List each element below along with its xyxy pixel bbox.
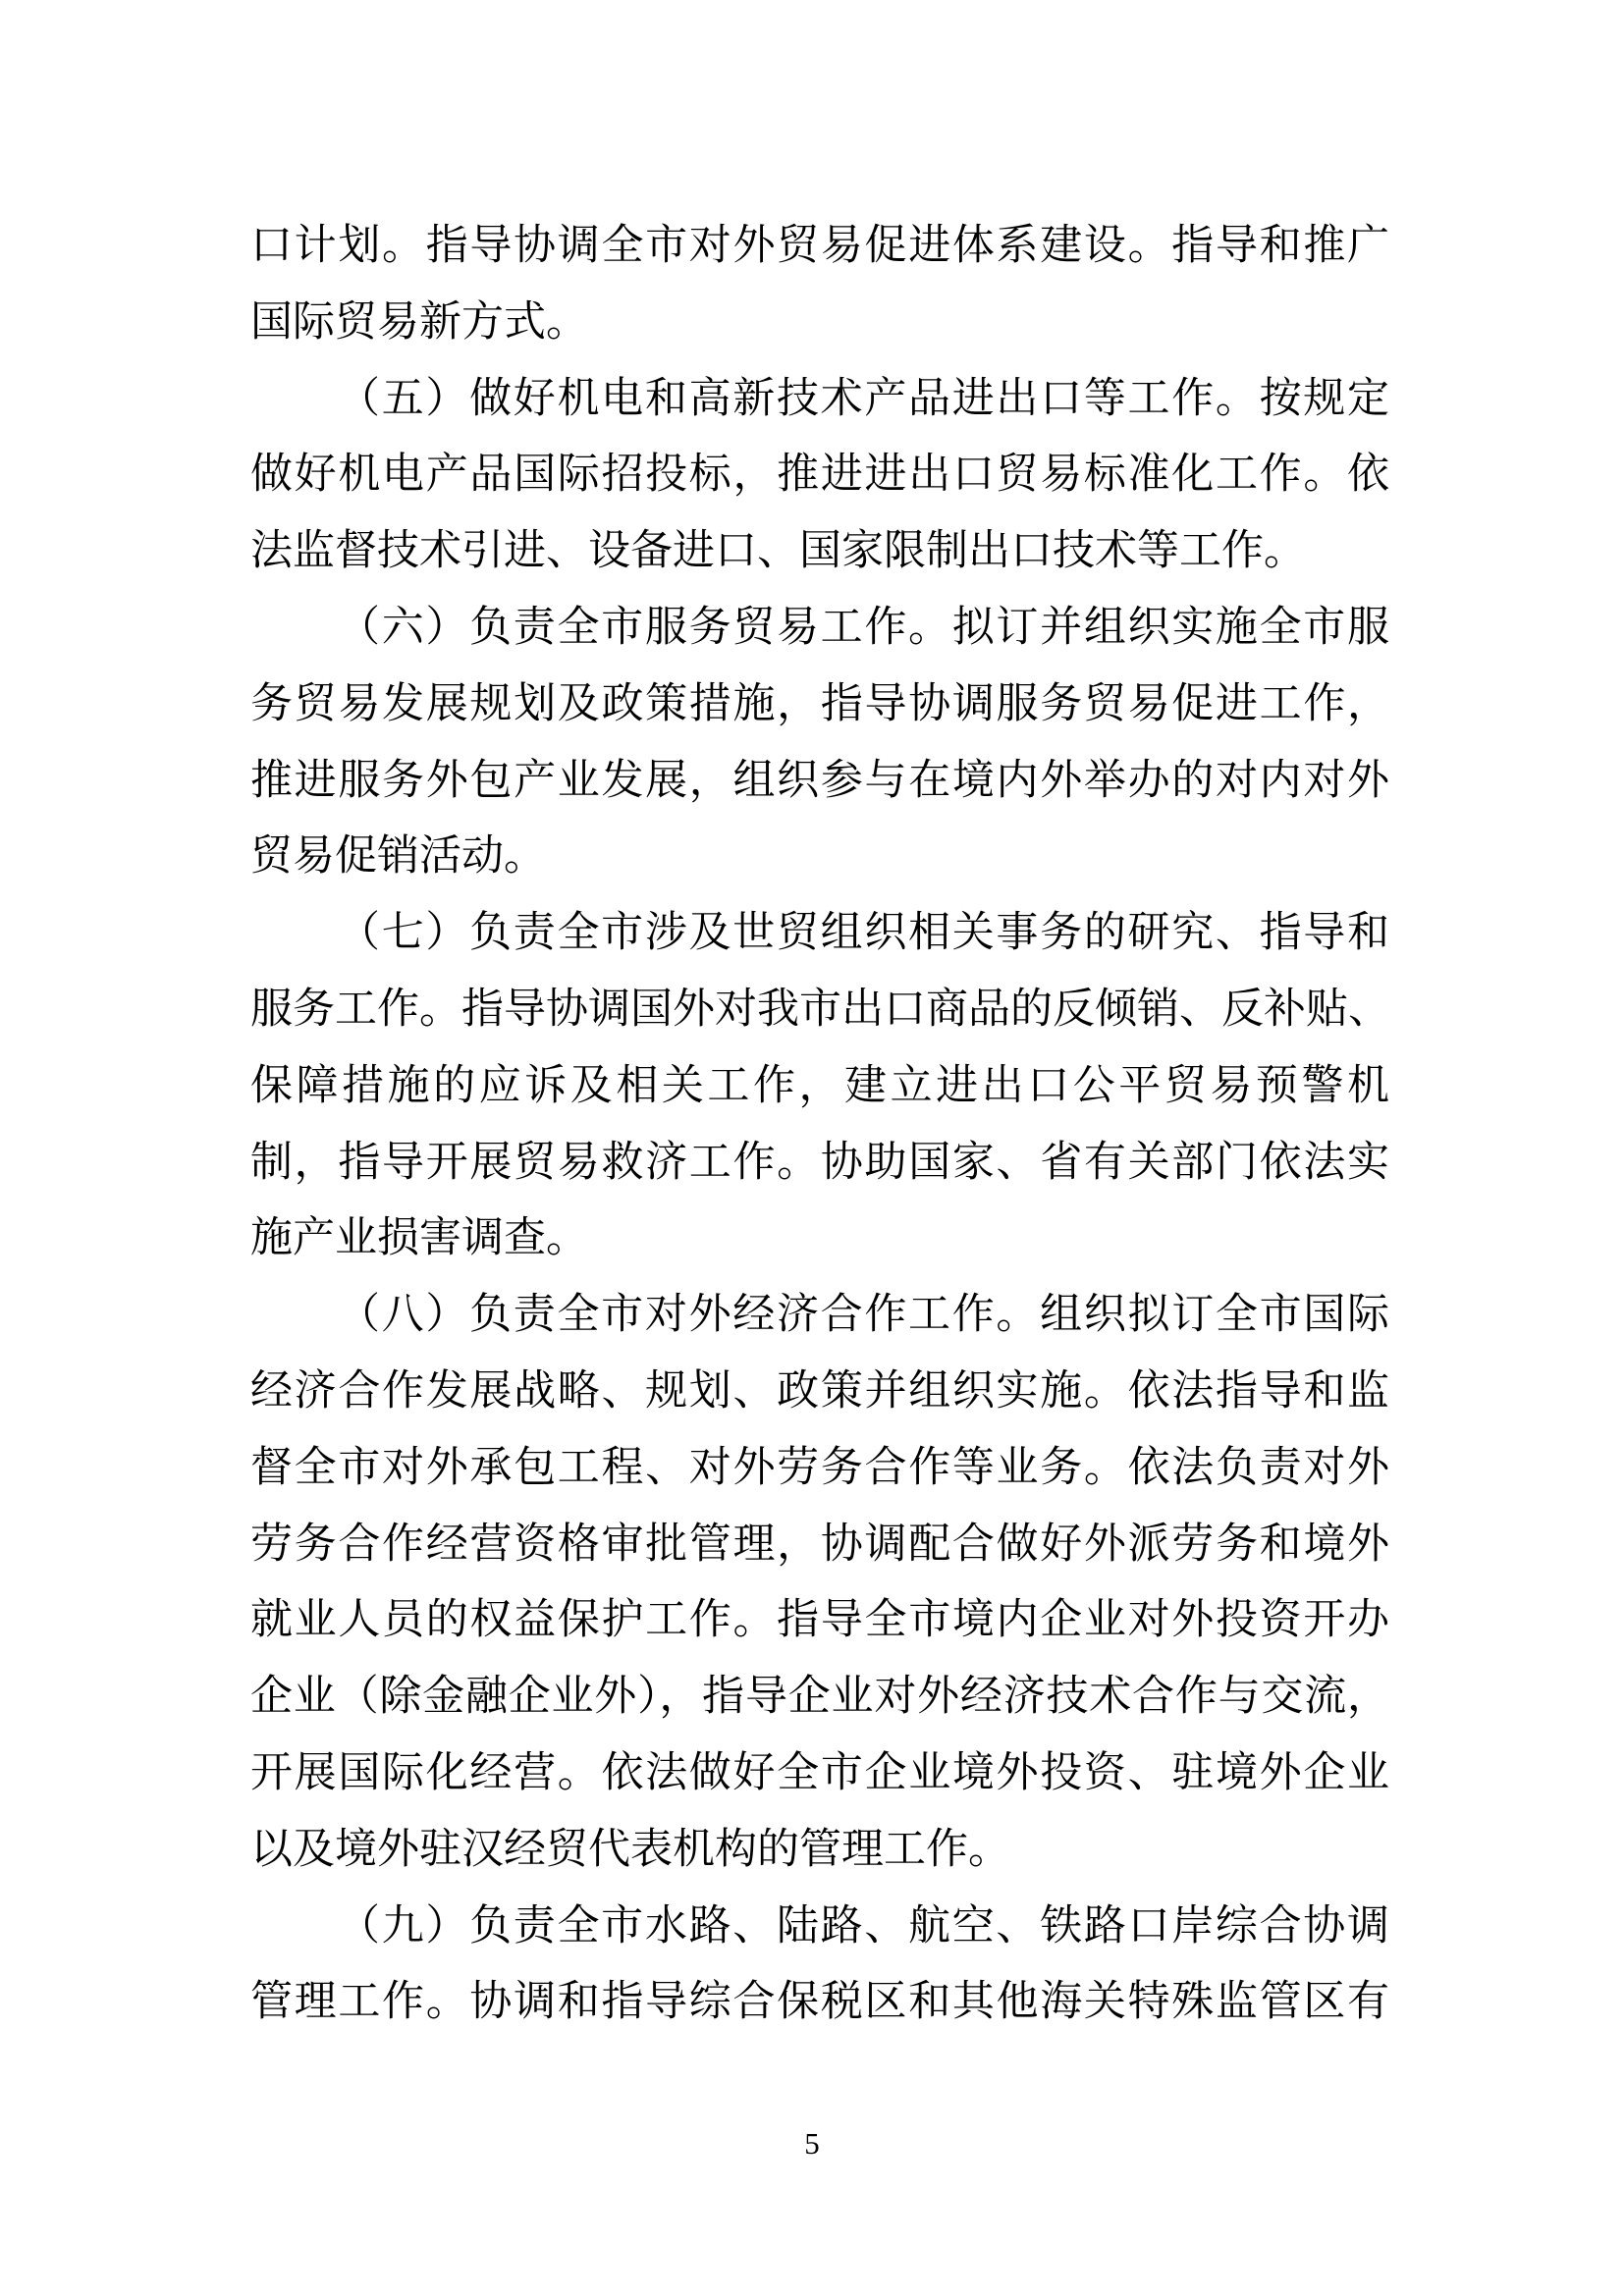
text-line: （八）负责全市对外经济合作工作。组织拟订全市国际 <box>250 1277 1389 1354</box>
text-line: 法监督技术引进、设备进口、国家限制出口技术等工作。 <box>250 513 1389 590</box>
text-line: 企业（除金融企业外），指导企业对外经济技术合作与交流， <box>250 1659 1389 1735</box>
text-line: （九）负责全市水路、陆路、航空、铁路口岸综合协调 <box>250 1889 1389 1965</box>
document-page: 口计划。指导协调全市对外贸易促进体系建设。指导和推广国际贸易新方式。（五）做好机… <box>0 0 1624 2296</box>
text-line: 督全市对外承包工程、对外劳务合作等业务。依法负责对外 <box>250 1430 1389 1507</box>
text-line: 经济合作发展战略、规划、政策并组织实施。依法指导和监 <box>250 1354 1389 1430</box>
text-line: 开展国际化经营。依法做好全市企业境外投资、驻境外企业 <box>250 1735 1389 1812</box>
text-line: 管理工作。协调和指导综合保税区和其他海关特殊监管区有 <box>250 1964 1389 2041</box>
text-line: 服务工作。指导协调国外对我市出口商品的反倾销、反补贴、 <box>250 972 1389 1048</box>
text-line: 以及境外驻汉经贸代表机构的管理工作。 <box>250 1812 1389 1889</box>
text-line: 施产业损害调查。 <box>250 1201 1389 1277</box>
text-line: 做好机电产品国际招投标，推进进出口贸易标准化工作。依 <box>250 437 1389 513</box>
text-line: 制，指导开展贸易救济工作。协助国家、省有关部门依法实 <box>250 1125 1389 1201</box>
text-line: 劳务合作经营资格审批管理，协调配合做好外派劳务和境外 <box>250 1507 1389 1583</box>
text-line: （六）负责全市服务贸易工作。拟订并组织实施全市服 <box>250 590 1389 667</box>
text-line: （五）做好机电和高新技术产品进出口等工作。按规定 <box>250 361 1389 438</box>
text-line: （七）负责全市涉及世贸组织相关事务的研究、指导和 <box>250 895 1389 972</box>
text-line: 贸易促销活动。 <box>250 819 1389 895</box>
text-line: 口计划。指导协调全市对外贸易促进体系建设。指导和推广 <box>250 208 1389 285</box>
text-line: 推进服务外包产业发展，组织参与在境内外举办的对内对外 <box>250 743 1389 820</box>
text-line: 国际贸易新方式。 <box>250 285 1389 361</box>
text-body: 口计划。指导协调全市对外贸易促进体系建设。指导和推广国际贸易新方式。（五）做好机… <box>250 208 1389 2041</box>
text-line: 就业人员的权益保护工作。指导全市境内企业对外投资开办 <box>250 1582 1389 1659</box>
page-number: 5 <box>0 2126 1624 2162</box>
text-line: 保障措施的应诉及相关工作，建立进出口公平贸易预警机 <box>250 1048 1389 1125</box>
text-line: 务贸易发展规划及政策措施，指导协调服务贸易促进工作， <box>250 667 1389 743</box>
